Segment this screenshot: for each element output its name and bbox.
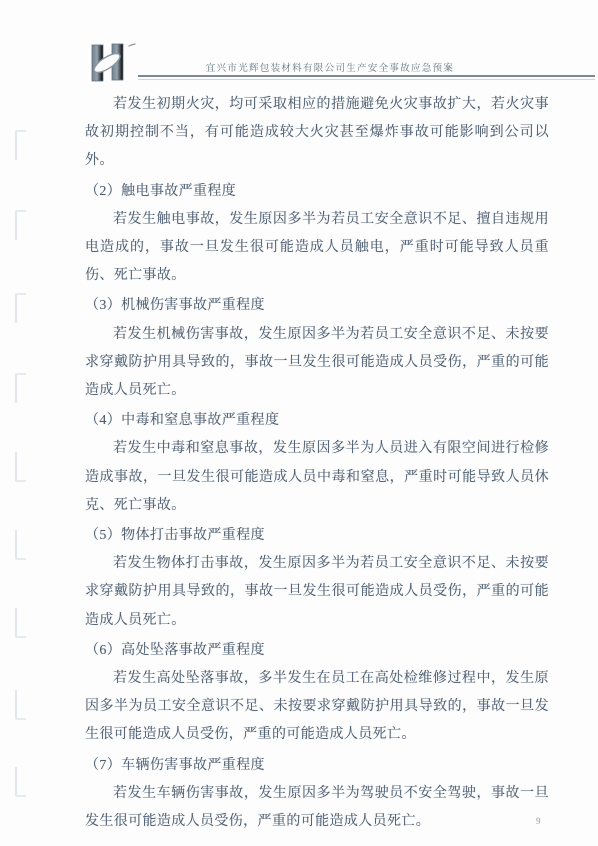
paragraph: 若发生机械伤害事故，发生原因多半为若员工安全意识不足、未按要求穿戴防护用具导致的… xyxy=(85,321,549,406)
document-body: 若发生初期火灾，均可采取相应的措施避免火灾事故扩大，若火灾事故初期控制不当，有可… xyxy=(85,91,549,836)
binding-mark xyxy=(15,373,26,403)
binding-mark xyxy=(15,452,26,482)
scanned-document-page: 宜兴市光辉包装材料有限公司生产安全事故应急预案 若发生初期火灾，均可采取相应的措… xyxy=(0,0,598,846)
page-number: 9 xyxy=(536,816,541,826)
section-heading: （7）车辆伤害事故严重程度 xyxy=(85,752,549,780)
binding-mark xyxy=(15,767,26,797)
paragraph: 若发生物体打击事故，发生原因多半为若员工安全意识不足、未按要求穿戴防护用具导致的… xyxy=(85,550,549,635)
section-heading: （6）高处坠落事故严重程度 xyxy=(85,637,549,665)
header-title: 宜兴市光辉包装材料有限公司生产安全事故应急预案 xyxy=(135,60,597,74)
paragraph: 若发生中毒和窒息事故，发生原因多半为人员进入有限空间进行检修造成事故，一旦发生很… xyxy=(85,435,549,520)
section-heading: （5）物体打击事故严重程度 xyxy=(85,522,549,550)
section-heading: （3）机械伤害事故严重程度 xyxy=(85,292,549,320)
header-rule-shadow xyxy=(138,79,595,80)
binding-mark xyxy=(15,608,26,638)
paragraph: 若发生车辆伤害事故，发生原因多半为驾驶员不安全驾驶，事故一旦发生很可能造成人员受… xyxy=(85,780,549,836)
binding-mark xyxy=(15,690,26,720)
paragraph: 若发生初期火灾，均可采取相应的措施避免火灾事故扩大，若火灾事故初期控制不当，有可… xyxy=(85,91,549,176)
header-rule xyxy=(138,75,595,77)
section-heading: （4）中毒和窒息事故严重程度 xyxy=(85,407,549,435)
binding-mark xyxy=(15,530,26,560)
section-heading: （2）触电事故严重程度 xyxy=(85,178,549,206)
binding-mark xyxy=(15,130,26,160)
binding-mark xyxy=(15,293,26,323)
paragraph: 若发生触电事故，发生原因多半为若员工安全意识不足、擅自违规用电造成的，事故一旦发… xyxy=(85,206,549,291)
binding-mark xyxy=(15,210,26,240)
company-logo-h-swoosh-icon xyxy=(90,42,136,84)
paragraph: 若发生高处坠落事故，多半发生在员工在高处检维修过程中，发生原因多半为员工安全意识… xyxy=(85,665,549,750)
